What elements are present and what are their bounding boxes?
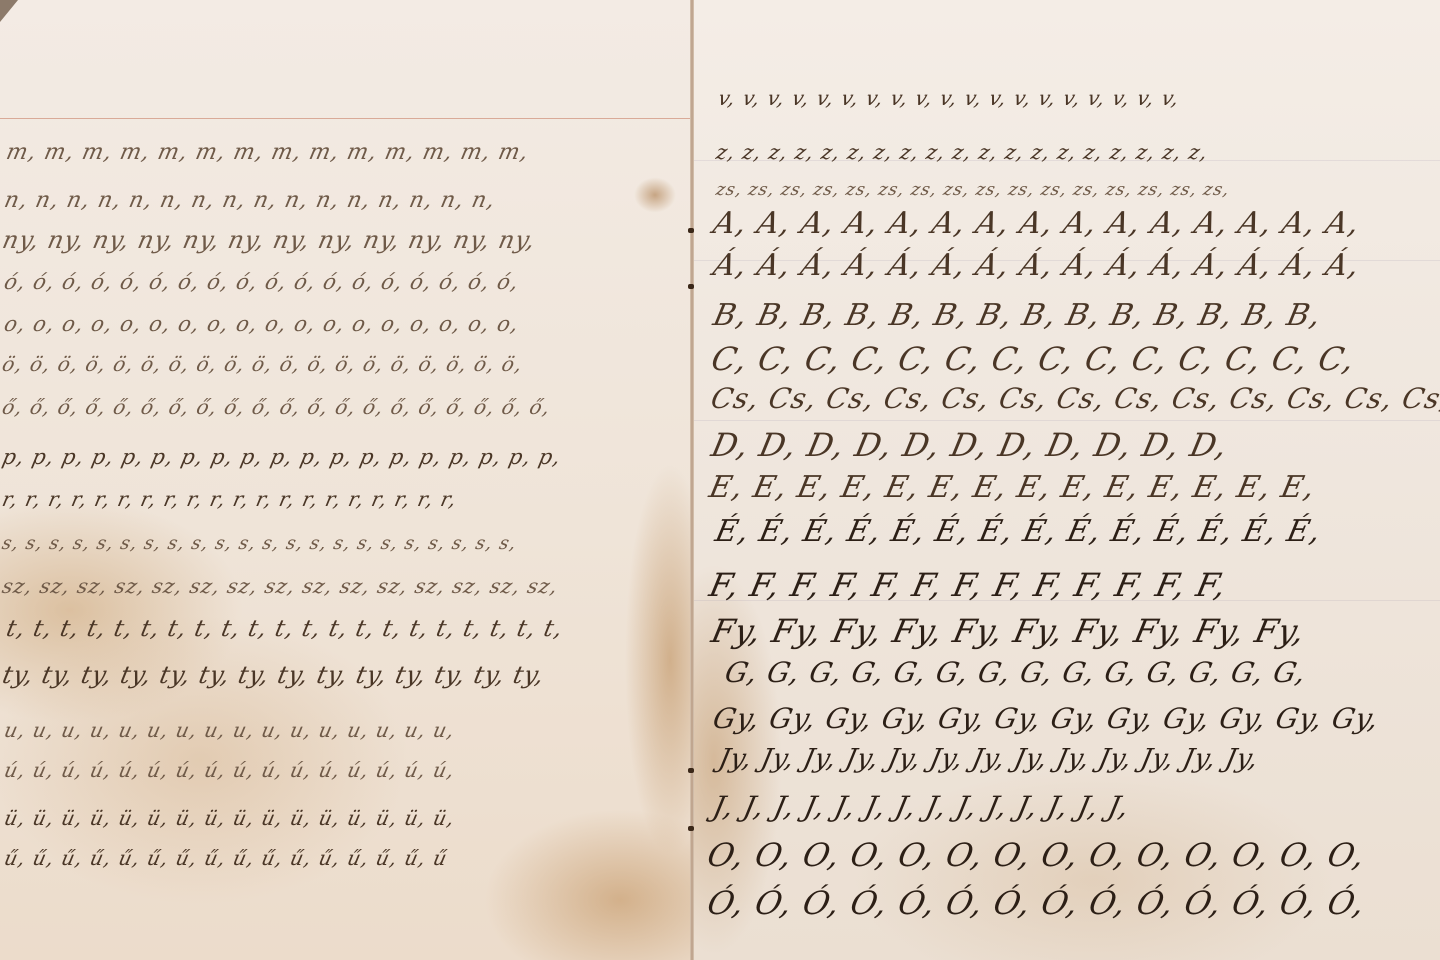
practice-row-F: F, F, F, F, F, F, F, F, F, F, F, F, F,: [706, 566, 1230, 604]
practice-row-u-acute: ú, ú, ú, ú, ú, ú, ú, ú, ú, ú, ú, ú, ú, ú…: [2, 758, 457, 782]
practice-row-D: D, D, D, D, D, D, D, D, D, D, D,: [708, 426, 1231, 464]
practice-row-G: G, G, G, G, G, G, G, G, G, G, G, G, G, G…: [722, 656, 1309, 689]
practice-row-Gy: Gy, Gy, Gy, Gy, Gy, Gy, Gy, Gy, Gy, Gy, …: [710, 702, 1382, 735]
practice-row-O: O, O, O, O, O, O, O, O, O, O, O, O, O, O…: [704, 836, 1369, 874]
practice-row-o-umlaut: ö, ö, ö, ö, ö, ö, ö, ö, ö, ö, ö, ö, ö, ö…: [0, 352, 525, 376]
practice-row-E: E, E, E, E, E, E, E, E, E, E, E, E, E, E…: [706, 470, 1319, 505]
practice-row-Fy: Fy, Fy, Fy, Fy, Fy, Fy, Fy, Fy, Fy, Fy,: [708, 612, 1309, 650]
practice-row-s: s, s, s, s, s, s, s, s, s, s, s, s, s, s…: [0, 533, 519, 554]
practice-row-A-acute: Á, Á, Á, Á, Á, Á, Á, Á, Á, Á, Á, Á, Á, Á…: [710, 248, 1363, 283]
practice-row-B: B, B, B, B, B, B, B, B, B, B, B, B, B, B…: [710, 298, 1325, 333]
practice-row-E-acute: É, É, É, É, É, É, É, É, É, É, É, É, É, É…: [712, 514, 1325, 549]
practice-row-o-acute: ó, ó, ó, ó, ó, ó, ó, ó, ó, ó, ó, ó, ó, ó…: [2, 270, 521, 294]
practice-row-p: p, p, p, p, p, p, p, p, p, p, p, p, p, p…: [0, 445, 564, 469]
left-page: m, m, m, m, m, m, m, m, m, m, m, m, m, m…: [0, 0, 692, 960]
practice-row-zs: zs, zs, zs, zs, zs, zs, zs, zs, zs, zs, …: [714, 180, 1232, 200]
practice-row-v: v, v, v, v, v, v, v, v, v, v, v, v, v, v…: [716, 86, 1182, 110]
practice-row-C: C, C, C, C, C, C, C, C, C, C, C, C, C, C…: [708, 340, 1359, 378]
practice-row-u: u, u, u, u, u, u, u, u, u, u, u, u, u, u…: [2, 718, 457, 742]
guide-line: [694, 420, 1440, 421]
practice-row-A: A, A, A, A, A, A, A, A, A, A, A, A, A, A…: [710, 206, 1363, 241]
practice-row-O-acute: Ó, Ó, Ó, Ó, Ó, Ó, Ó, Ó, Ó, Ó, Ó, Ó, Ó, Ó…: [704, 884, 1369, 922]
practice-row-m: m, m, m, m, m, m, m, m, m, m, m, m, m, m…: [4, 140, 531, 165]
practice-row-u-double-acute: ű, ű, ű, ű, ű, ű, ű, ű, ű, ű, ű, ű, ű, ű…: [2, 846, 450, 870]
practice-row-sz: sz, sz, sz, sz, sz, sz, sz, sz, sz, sz, …: [0, 574, 560, 598]
practice-row-ty: ty, ty, ty, ty, ty, ty, ty, ty, ty, ty, …: [0, 661, 547, 689]
practice-row-ny: ny, ny, ny, ny, ny, ny, ny, ny, ny, ny, …: [0, 226, 538, 254]
practice-row-n: n, n, n, n, n, n, n, n, n, n, n, n, n, n…: [2, 188, 498, 213]
practice-row-r: r, r, r, r, r, r, r, r, r, r, r, r, r, r…: [0, 487, 459, 511]
ruled-headline: [0, 118, 690, 119]
practice-row-J: J, J, J, J, J, J, J, J, J, J, J, J, J, J…: [710, 790, 1133, 823]
practice-row-u-umlaut: ü, ü, ü, ü, ü, ü, ü, ü, ü, ü, ü, ü, ü, ü…: [2, 806, 457, 830]
right-page: v, v, v, v, v, v, v, v, v, v, v, v, v, v…: [694, 0, 1440, 960]
copybook-spread: m, m, m, m, m, m, m, m, m, m, m, m, m, m…: [0, 0, 1440, 960]
practice-row-o-double-acute: ő, ő, ő, ő, ő, ő, ő, ő, ő, ő, ő, ő, ő, ő…: [0, 395, 553, 419]
practice-row-t: t, t, t, t, t, t, t, t, t, t, t, t, t, t…: [4, 616, 565, 642]
page-corner: [0, 0, 18, 22]
practice-row-z: z, z, z, z, z, z, z, z, z, z, z, z, z, z…: [714, 140, 1211, 164]
practice-row-o: o, o, o, o, o, o, o, o, o, o, o, o, o, o…: [2, 312, 521, 336]
practice-row-Cs: Cs, Cs, Cs, Cs, Cs, Cs, Cs, Cs, Cs, Cs, …: [708, 382, 1440, 415]
practice-row-Jy: Jy, Jy, Jy, Jy, Jy, Jy, Jy, Jy, Jy, Jy, …: [716, 744, 1262, 774]
